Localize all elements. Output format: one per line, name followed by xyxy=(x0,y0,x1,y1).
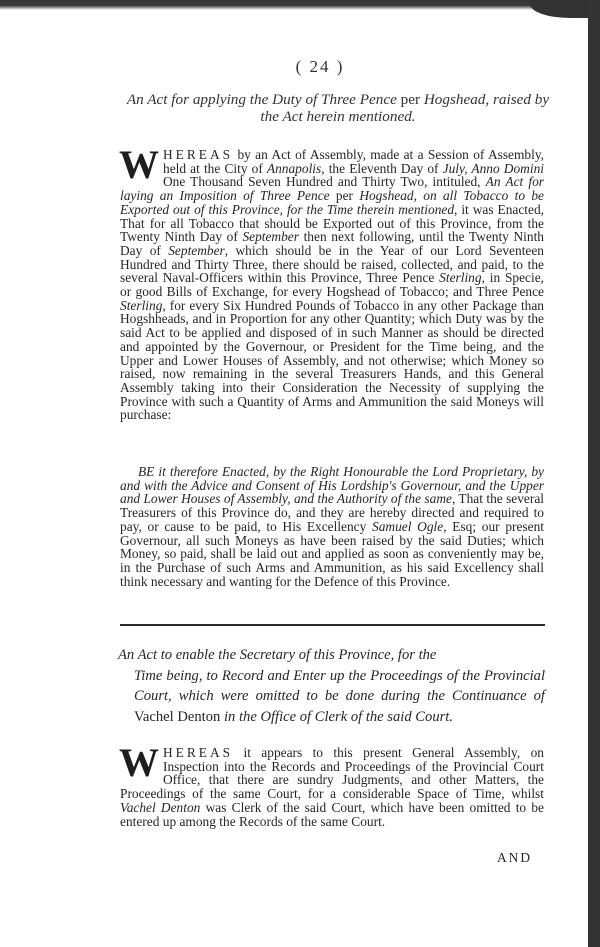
act-title-name: Vachel Denton xyxy=(134,709,220,725)
act-title-text-a: An Act for applying the Duty of Three Pe… xyxy=(127,91,397,108)
act-title-text-a: Time being, to Record and Enter up the P… xyxy=(134,668,545,705)
act-1-enacting-paragraph: BE it therefore Enacted, by the Right Ho… xyxy=(120,465,544,588)
page-number: ( 24 ) xyxy=(0,57,600,77)
act-title-line-1: An Act to enable the Secretary of this P… xyxy=(118,647,436,663)
act-1-preamble-paragraph: WHEREAS by an Act of Assembly, made at a… xyxy=(120,148,544,422)
act-title-secretary-records: An Act to enable the Secretary of this P… xyxy=(118,645,545,727)
drop-cap: W xyxy=(119,748,159,775)
section-divider-rule xyxy=(120,624,545,626)
act-title-text-per: per xyxy=(397,91,424,108)
act-2-preamble-paragraph: WHEREAS it appears to this present Gener… xyxy=(120,746,544,828)
catchword: AND xyxy=(497,850,532,866)
scan-border-right xyxy=(588,0,600,947)
act-title-text-b: in the Office of Clerk of the said Court… xyxy=(220,709,453,725)
drop-cap: W xyxy=(119,150,159,177)
paragraph-text: , for every Six Hundred Pounds of Tobacc… xyxy=(120,298,544,423)
document-page: ( 24 ) An Act for applying the Duty of T… xyxy=(0,0,588,947)
act-title-applying-duty: An Act for applying the Duty of Three Pe… xyxy=(118,91,558,125)
act-title-continuation: Time being, to Record and Enter up the P… xyxy=(118,666,545,728)
